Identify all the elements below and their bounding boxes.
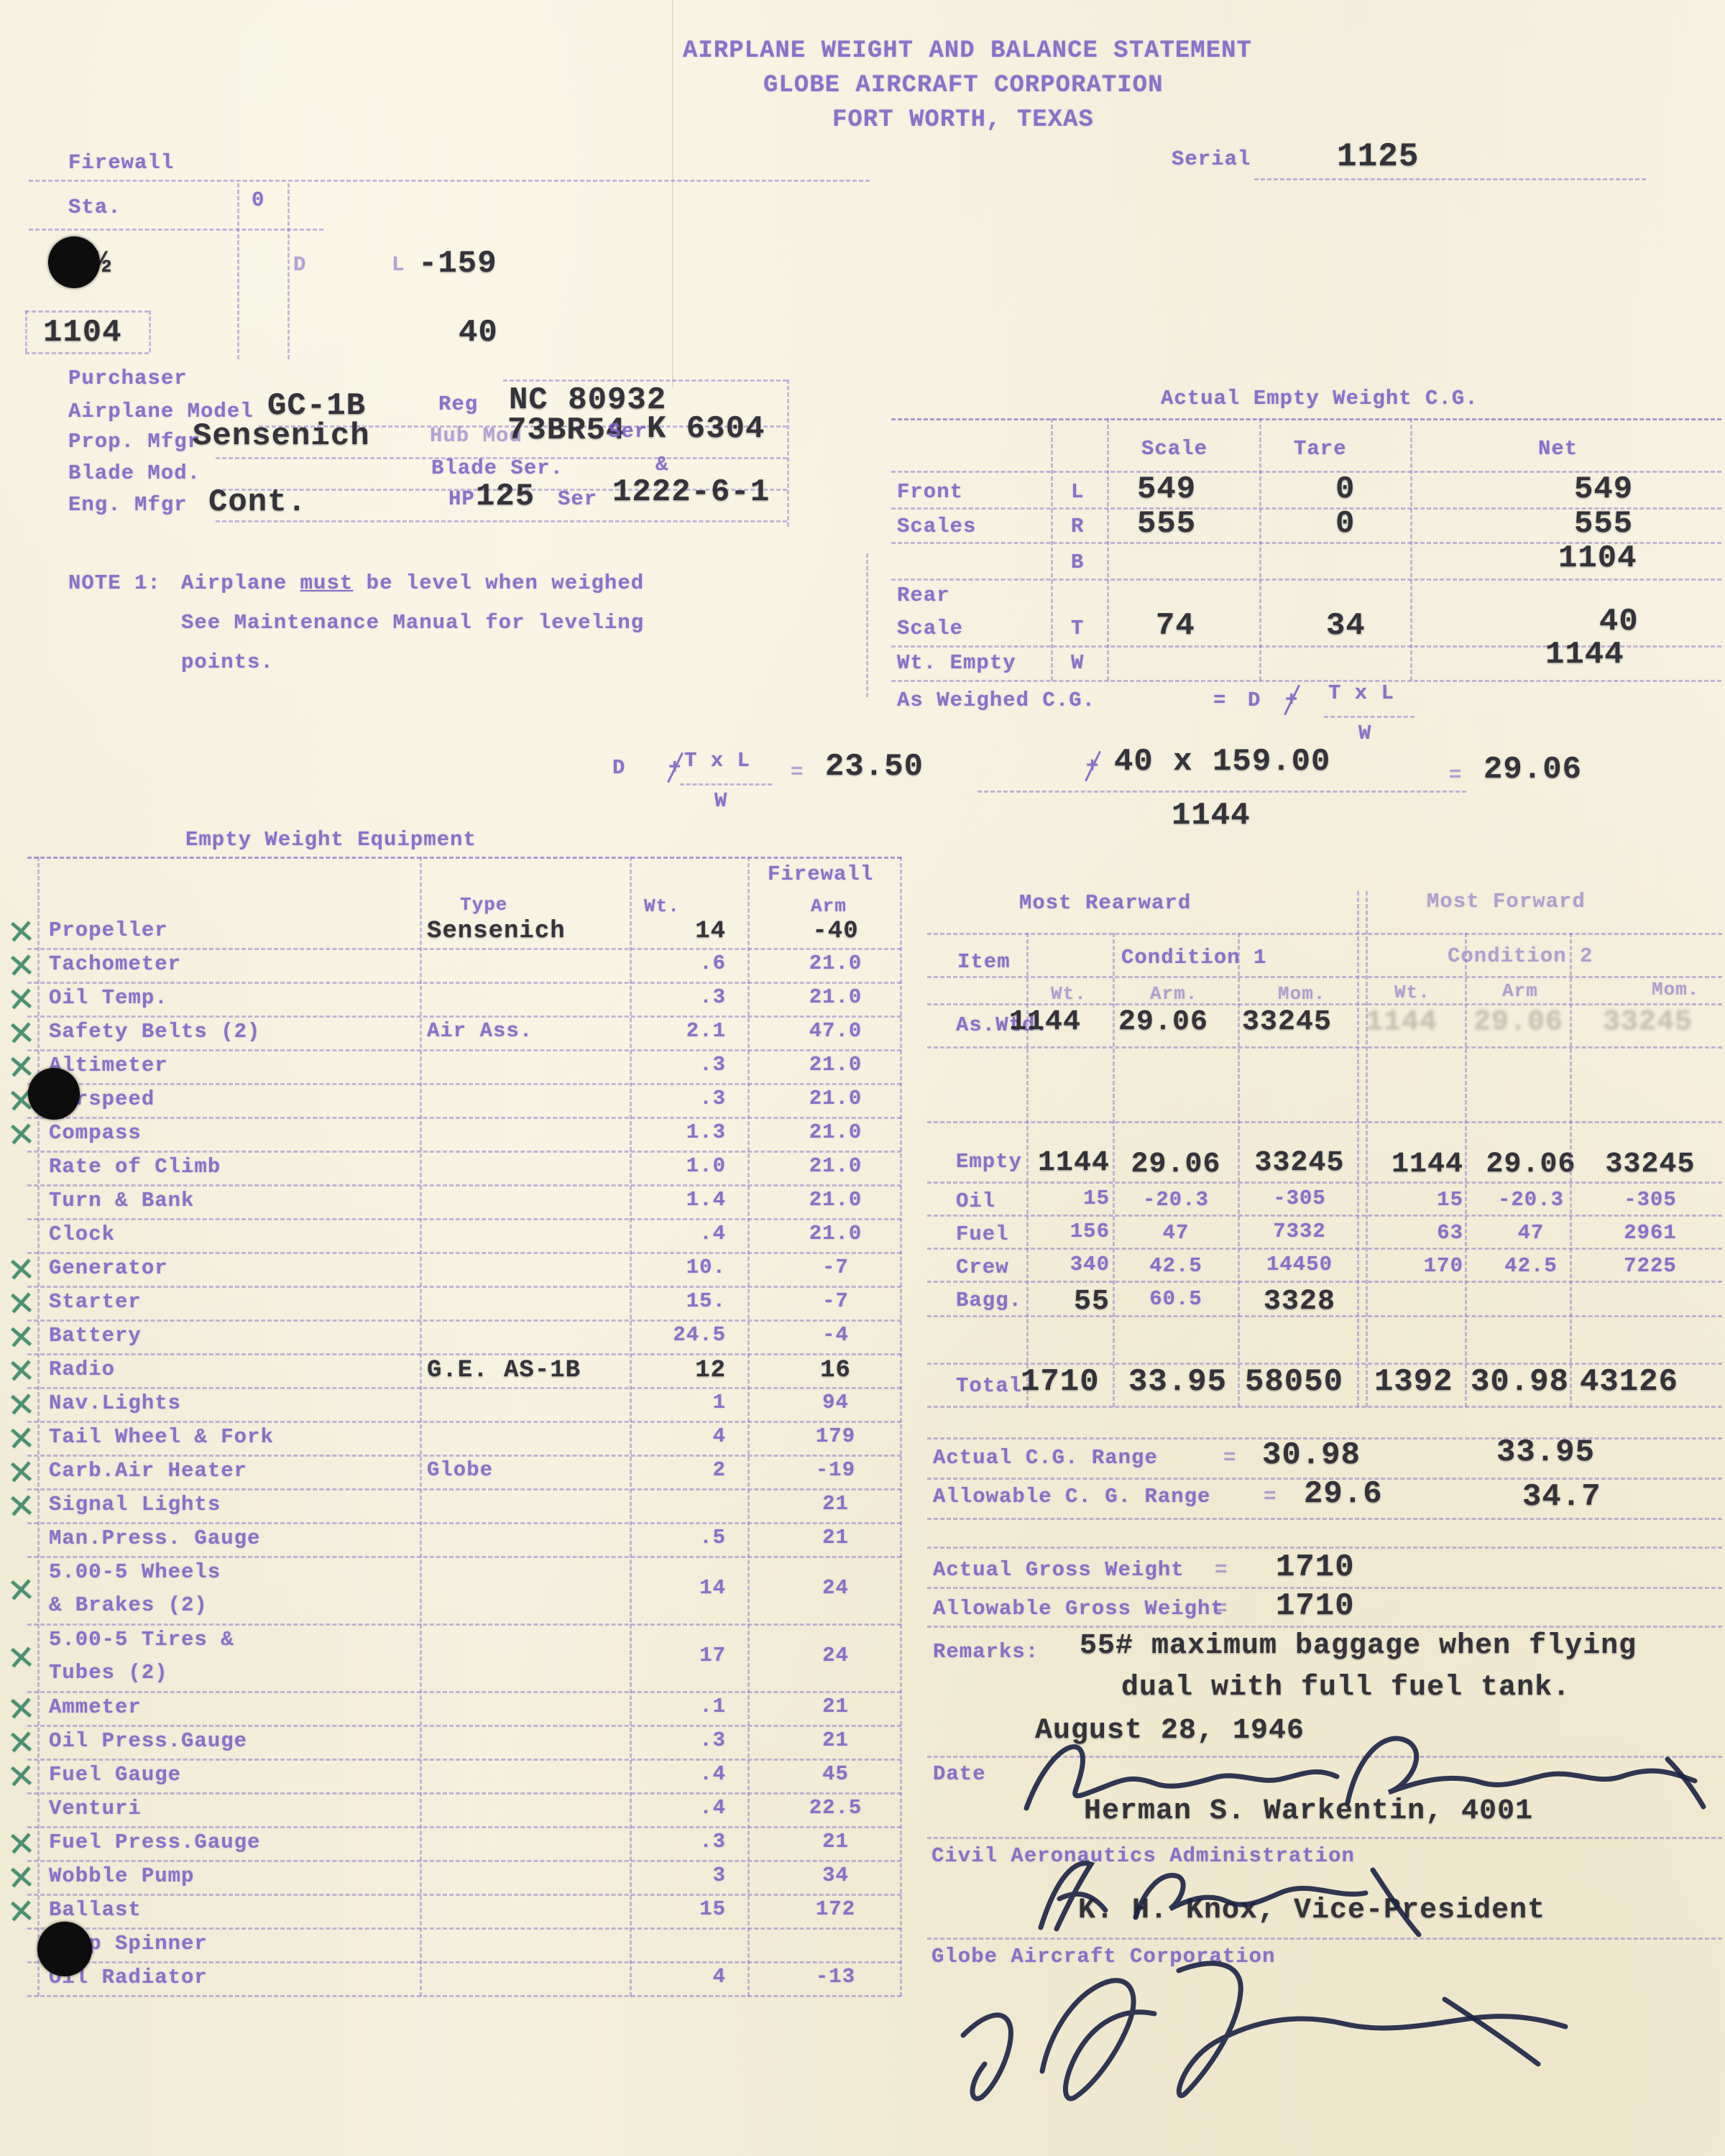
equipment-row: Prop Spinner <box>27 1927 901 1963</box>
eq: = <box>1264 1485 1276 1508</box>
key-R: R <box>1071 515 1084 538</box>
blade-ser-label: Blade Ser. <box>431 456 563 480</box>
equipment-row: ✕Airspeed.321.0 <box>27 1083 901 1119</box>
equipment-weight: 15 <box>625 1897 726 1921</box>
hub-ser-value: K 6304 <box>647 411 765 447</box>
date-label: Date <box>933 1762 986 1786</box>
equipment-arm: 21 <box>769 1695 902 1718</box>
equipment-item-name: 5.00-5 Tires & <box>49 1628 234 1651</box>
form-title-line1: AIRPLANE WEIGHT AND BALANCE STATEMENT <box>683 37 1252 65</box>
equipment-row: ✕PropellerSensenich14-40 <box>27 914 901 950</box>
as-wtd-w2: 1144 <box>1366 1006 1437 1038</box>
key-B: B <box>1071 550 1084 574</box>
formula-d: D <box>612 756 625 780</box>
reg-label: Reg <box>438 392 478 416</box>
equipment-arm: 179 <box>769 1424 902 1448</box>
equipment-row: Turn & Bank1.421.0 <box>27 1184 901 1220</box>
equipment-item-name-line2: Tubes (2) <box>49 1661 168 1685</box>
equipment-arm: -13 <box>769 1965 902 1989</box>
equipment-weight: .4 <box>625 1222 726 1245</box>
formula-num: T x L <box>684 749 750 773</box>
equipment-weight: 10. <box>625 1256 726 1279</box>
equipment-col-firewall: Firewall <box>768 862 873 886</box>
weighing-title: Actual Empty Weight C.G. <box>1161 387 1478 410</box>
loading-wt-2: 15 <box>1370 1188 1463 1212</box>
equipment-weight: 1.3 <box>625 1120 726 1144</box>
formula-num-value: 40 x 159.00 <box>1114 744 1330 780</box>
rule <box>787 379 789 527</box>
equipment-type: Sensenich <box>427 918 566 945</box>
form-title-line2: GLOBE AIRCRAFT CORPORATION <box>763 72 1164 99</box>
equipment-weight: 24.5 <box>625 1323 726 1347</box>
loading-wt-2: 170 <box>1370 1254 1463 1278</box>
equipment-weight: 17 <box>625 1644 726 1667</box>
form-title-line3: FORT WORTH, TEXAS <box>832 106 1094 134</box>
equipment-arm: 22.5 <box>769 1796 902 1820</box>
rule <box>927 976 1722 978</box>
green-check-x: ✕ <box>6 1485 37 1527</box>
formula-result: 29.06 <box>1483 752 1582 788</box>
sta-label: Sta. <box>68 195 121 219</box>
sta-zero: 0 <box>252 188 264 212</box>
loading-mom-2: 33245 <box>1586 1148 1715 1181</box>
cond2-arm-label: Arm <box>1502 980 1538 1002</box>
signature-k-h-knox <box>1028 1848 1445 1942</box>
frac-num: T x L <box>1328 681 1394 705</box>
equipment-item-name: Oil Temp. <box>49 986 168 1010</box>
loading-row: Crew34042.51445017042.57225 <box>927 1248 1722 1283</box>
equipment-row: ✕Ballast15172 <box>27 1894 901 1930</box>
rule <box>1259 418 1261 681</box>
rule <box>1051 418 1053 681</box>
note-line1: Airplane must be level when weighed <box>181 571 644 595</box>
equipment-item-name: Oil Press.Gauge <box>49 1729 247 1753</box>
actual-cg-min: 30.98 <box>1262 1437 1361 1473</box>
equipment-item-name: Wobble Pump <box>49 1864 194 1888</box>
d-label: D <box>293 253 306 277</box>
equipment-arm: 34 <box>769 1864 902 1887</box>
as-wtd-m2: 33245 <box>1603 1006 1693 1038</box>
loading-arm-1: -20.3 <box>1118 1188 1233 1212</box>
signature-herman-warkentin <box>1021 1723 1711 1824</box>
green-check-x: ✕ <box>6 1638 37 1680</box>
col-tare: Tare <box>1294 437 1347 461</box>
green-check-x: ✕ <box>6 1114 37 1156</box>
rule <box>927 1626 1722 1628</box>
rule <box>237 183 239 359</box>
equipment-weight: .3 <box>625 1728 726 1752</box>
as-wtd-a2: 29.06 <box>1473 1006 1563 1038</box>
remarks-line1: 55# maximum baggage when flying <box>1080 1630 1637 1662</box>
allowable-gw-label: Allowable Gross Weight <box>933 1597 1224 1621</box>
rule <box>927 1406 1722 1408</box>
rule <box>927 1003 1722 1005</box>
equipment-weight: 1.0 <box>625 1154 726 1178</box>
note-line1-underlined: must <box>300 571 354 595</box>
loading-row: Empty114429.0633245114429.0633245 <box>927 1144 1722 1177</box>
equipment-arm: -19 <box>769 1458 902 1482</box>
hp-label: HP <box>448 487 475 511</box>
equipment-item-name: Nav.Lights <box>49 1391 181 1415</box>
equipment-type: Globe <box>427 1458 493 1482</box>
equipment-row: ✕Oil Press.Gauge.321 <box>27 1725 901 1761</box>
rear-net-value: 40 <box>459 315 498 351</box>
cond1-mom-label: Mom. <box>1278 983 1325 1005</box>
equipment-weight: 12 <box>625 1357 726 1384</box>
equipment-weight: 1 <box>625 1391 726 1414</box>
tare-T: 34 <box>1326 608 1366 644</box>
equipment-weight: 2.1 <box>625 1019 726 1043</box>
total-m2: 43126 <box>1580 1364 1678 1400</box>
equipment-row: ✕Safety Belts (2)Air Ass.2.147.0 <box>27 1015 901 1051</box>
firewall-label: Firewall <box>68 151 174 175</box>
equipment-arm: 24 <box>769 1644 902 1667</box>
rule <box>927 933 1722 935</box>
note-line1-pre: Airplane <box>181 571 300 595</box>
equipment-row: ✕Nav.Lights194 <box>27 1387 901 1423</box>
equipment-row: Man.Press. Gauge.521 <box>27 1522 901 1558</box>
equipment-item-name: Clock <box>49 1222 115 1246</box>
rule <box>1238 933 1240 1407</box>
equipment-item-name: Tail Wheel & Fork <box>49 1425 274 1449</box>
paper-crease <box>672 0 673 388</box>
equipment-arm: 21.0 <box>769 1154 902 1178</box>
equipment-item-name: Signal Lights <box>49 1493 221 1516</box>
actual-gw-label: Actual Gross Weight <box>933 1558 1184 1582</box>
equipment-arm: 94 <box>769 1391 902 1414</box>
equipment-row: ✕Starter15.-7 <box>27 1286 901 1322</box>
as-wtd-w1: 1144 <box>1009 1006 1110 1038</box>
equipment-row: ✕Battery24.5-4 <box>27 1319 901 1355</box>
rule <box>927 1046 1722 1049</box>
loading-wt-2: 1144 <box>1370 1148 1463 1181</box>
equipment-item-name: Battery <box>49 1324 142 1347</box>
allowable-cg-label: Allowable C. G. Range <box>933 1485 1210 1508</box>
equipment-arm: 21.0 <box>769 1087 902 1110</box>
equipment-weight: 4 <box>625 1424 726 1448</box>
equipment-row: ✕Carb.Air HeaterGlobe2-19 <box>27 1455 901 1491</box>
remarks-label: Remarks: <box>933 1640 1039 1664</box>
equipment-arm: 21.0 <box>769 985 902 1009</box>
equipment-weight: 2 <box>625 1458 726 1482</box>
loading-row: Oil15-20.3-30515-20.3-305 <box>927 1181 1722 1217</box>
rule <box>1570 933 1572 1407</box>
equipment-row: Oil Radiator4-13 <box>27 1961 901 1997</box>
loading-arm-1: 60.5 <box>1118 1287 1233 1311</box>
eq: = <box>1215 1597 1228 1621</box>
col-scale: Scale <box>1141 437 1207 461</box>
rule <box>149 310 151 352</box>
equipment-weight: 14 <box>625 918 726 945</box>
purchaser-label: Purchaser <box>68 367 188 390</box>
rule <box>1026 933 1029 1407</box>
equipment-arm: 21.0 <box>769 1188 902 1212</box>
total-m1: 58050 <box>1245 1364 1343 1400</box>
equipment-weight: .3 <box>625 1830 726 1853</box>
equipment-row: ✕Tachometer.621.0 <box>27 948 901 984</box>
loading-item: Oil <box>956 1189 995 1213</box>
actual-gw-value: 1710 <box>1276 1549 1355 1585</box>
as-wtd-a1: 29.06 <box>1118 1006 1208 1038</box>
green-check-x: ✕ <box>6 1891 37 1932</box>
rule <box>25 310 27 352</box>
col-net: Net <box>1538 437 1578 461</box>
plus-slash-symbol: + <box>1285 688 1298 712</box>
equipment-row: ✕Tail Wheel & Fork4179 <box>27 1421 901 1457</box>
key-T: T <box>1071 617 1084 640</box>
equipment-item-name: 5.00-5 Wheels <box>49 1560 221 1584</box>
net-B: 1104 <box>1558 540 1637 576</box>
cond2-mom-label: Mom. <box>1652 979 1699 1000</box>
fraction-bar <box>1324 716 1414 718</box>
equipment-weight: 15. <box>625 1289 726 1313</box>
eng-ser-value: 1222-6-1 <box>612 474 770 510</box>
equipment-type: Air Ass. <box>427 1019 533 1043</box>
equipment-row: ✕Oil Temp..321.0 <box>27 982 901 1018</box>
equipment-weight: 14 <box>625 1576 726 1600</box>
l-label: L <box>392 253 405 277</box>
note-line1-post: be level when weighed <box>353 571 644 595</box>
equipment-arm: -40 <box>769 918 902 945</box>
equipment-item-name: Generator <box>49 1256 168 1280</box>
total-a1: 33.95 <box>1128 1364 1227 1400</box>
note-label: NOTE 1: <box>68 571 161 595</box>
rule <box>29 229 323 231</box>
equipment-weight: .1 <box>625 1695 726 1718</box>
equipment-row: ✕5.00-5 Tires &Tubes (2)1724 <box>27 1623 901 1693</box>
equipment-weight: .3 <box>625 985 726 1009</box>
scale-T: 74 <box>1156 608 1195 644</box>
rule <box>1357 891 1359 1407</box>
equipment-row: ✕Altimeter.321.0 <box>27 1049 901 1085</box>
equipment-weight: .3 <box>625 1087 726 1110</box>
rule <box>866 553 868 697</box>
rule <box>1107 418 1109 681</box>
front-label: Front <box>897 480 963 504</box>
loading-item: Crew <box>956 1256 1009 1279</box>
equipment-item-name: Man.Press. Gauge <box>49 1526 260 1550</box>
rule <box>927 1547 1722 1549</box>
frac-den: W <box>1358 722 1371 745</box>
punch-hole <box>37 1922 92 1976</box>
equipment-arm: 21 <box>769 1728 902 1752</box>
serial-value: 1125 <box>1337 138 1419 175</box>
total-w1: 1710 <box>1021 1364 1100 1400</box>
loading-arm-1: 29.06 <box>1118 1148 1233 1181</box>
rule <box>891 579 1721 581</box>
eng-mfgr-label: Eng. Mfgr <box>68 493 188 517</box>
cond2-wt-label: Wt. <box>1394 982 1430 1003</box>
total-w2: 1392 <box>1374 1364 1453 1400</box>
loading-item-label: Item <box>957 950 1011 974</box>
loading-mom-1: -305 <box>1241 1187 1358 1210</box>
equipment-item-name: Rate of Climb <box>49 1155 221 1179</box>
equipment-item-name-line2: & Brakes (2) <box>49 1593 208 1617</box>
rule <box>1113 933 1115 1407</box>
formula-d-value: 23.50 <box>825 749 924 785</box>
formula-eq1: = <box>791 760 804 784</box>
punch-hole <box>48 236 100 288</box>
rule <box>287 183 290 359</box>
plus-slash-symbol: + <box>668 756 681 780</box>
loading-mom-2: 7225 <box>1586 1254 1715 1278</box>
rule <box>503 379 787 382</box>
rule <box>927 1121 1722 1123</box>
allowable-cg-min: 29.6 <box>1304 1476 1383 1512</box>
loading-arm-1: 47 <box>1118 1221 1233 1245</box>
hub-ser-label: Ser <box>608 420 648 443</box>
as-weighed-eq: = <box>1213 688 1226 712</box>
equipment-item-name: Radio <box>49 1358 115 1381</box>
rule <box>25 352 149 354</box>
loading-mom-2: -305 <box>1586 1188 1715 1212</box>
equipment-arm: 21 <box>769 1526 902 1549</box>
equipment-weight: 1.4 <box>625 1188 726 1212</box>
loading-wt-2: 63 <box>1370 1221 1463 1245</box>
loading-mom-1: 14450 <box>1241 1253 1358 1276</box>
formula-den: W <box>714 789 727 813</box>
note-line3: points. <box>181 650 274 674</box>
equipment-item-name: Venturi <box>49 1797 142 1820</box>
as-wtd-m1: 33245 <box>1242 1006 1332 1038</box>
equipment-weight: 4 <box>625 1965 726 1989</box>
total-a2: 30.98 <box>1471 1364 1569 1400</box>
remarks-line2: dual with full fuel tank. <box>1121 1672 1570 1704</box>
net-L: 549 <box>1574 471 1633 507</box>
equipment-item-name: Fuel Gauge <box>49 1763 181 1787</box>
prop-mfgr-label: Prop. Mfgr <box>68 430 201 453</box>
loading-mom-1: 33245 <box>1241 1147 1358 1179</box>
formula-den-value: 1144 <box>1172 798 1251 834</box>
equipment-row: ✕5.00-5 Wheels& Brakes (2)1424 <box>27 1556 901 1626</box>
equipment-arm: 21.0 <box>769 952 902 975</box>
rule <box>927 1837 1722 1839</box>
actual-cg-max: 33.95 <box>1496 1434 1595 1470</box>
rule <box>1410 418 1412 681</box>
equipment-arm: 16 <box>769 1357 902 1384</box>
rule <box>29 180 870 182</box>
equipment-item-name: Starter <box>49 1290 142 1314</box>
key-L: L <box>1071 480 1084 504</box>
hp-value: 125 <box>476 479 535 515</box>
equipment-arm: 24 <box>769 1576 902 1600</box>
scanned-weight-balance-form: AIRPLANE WEIGHT AND BALANCE STATEMENT GL… <box>0 0 1725 2156</box>
as-weighed-label: As Weighed C.G. <box>897 688 1095 712</box>
equipment-arm: 47.0 <box>769 1019 902 1043</box>
equipment-item-name: Compass <box>49 1121 142 1145</box>
equipment-weight: .4 <box>625 1796 726 1820</box>
equipment-arm: 172 <box>769 1897 902 1921</box>
equipment-row: ✕Wobble Pump334 <box>27 1860 901 1896</box>
cond1-arm-label: Arm. <box>1150 983 1197 1005</box>
punch-hole <box>28 1068 80 1120</box>
loading-row: Bagg.5560.53328 <box>927 1281 1722 1316</box>
key-W: W <box>1071 651 1084 675</box>
equipment-type: G.E. AS-1B <box>427 1357 581 1384</box>
rule <box>1465 933 1467 1407</box>
equipment-item-name: Ammeter <box>49 1695 142 1719</box>
eng-mfgr-value: Cont. <box>208 484 307 520</box>
loading-arm-1: 42.5 <box>1118 1254 1233 1278</box>
equipment-row: ✕RadioG.E. AS-1B1216 <box>27 1353 901 1389</box>
equipment-arm: 21.0 <box>769 1120 902 1144</box>
front-net-value: 1104 <box>43 315 122 351</box>
scales-label: Scales <box>897 515 976 538</box>
rule <box>25 310 149 313</box>
rule <box>927 1315 1722 1317</box>
equipment-title: Empty Weight Equipment <box>185 828 477 852</box>
allowable-gw-value: 1710 <box>1276 1588 1355 1624</box>
equipment-row: ✕Signal Lights21 <box>27 1488 901 1524</box>
rule <box>927 1518 1722 1520</box>
equipment-arm: 21.0 <box>769 1053 902 1077</box>
equipment-weight: .4 <box>625 1762 726 1786</box>
prop-mfgr-value: Sensenich <box>193 418 370 454</box>
green-check-x: ✕ <box>6 1756 37 1797</box>
equipment-item-name: Turn & Bank <box>49 1189 194 1212</box>
serial-underline <box>1254 178 1646 180</box>
equipment-arm: 21 <box>769 1830 902 1853</box>
as-weighed-d: D <box>1248 688 1261 712</box>
equipment-row: ✕Ammeter.121 <box>27 1691 901 1727</box>
total-label: Total <box>956 1374 1022 1398</box>
equipment-weight: .5 <box>625 1526 726 1549</box>
equipment-row: Clock.421.0 <box>27 1218 901 1254</box>
rule <box>891 418 1721 420</box>
rule <box>891 680 1721 682</box>
cond1-wt-label: Wt. <box>1051 983 1087 1005</box>
equipment-arm: 45 <box>769 1762 902 1786</box>
loading-mom-2: 2961 <box>1586 1221 1715 1245</box>
scale-L: 549 <box>1137 471 1196 507</box>
equipment-arm: -4 <box>769 1323 902 1347</box>
equipment-row: ✕Fuel Gauge.445 <box>27 1759 901 1795</box>
rule <box>1366 891 1368 1407</box>
actual-cg-label: Actual C.G. Range <box>933 1446 1158 1470</box>
equipment-row: ✕Fuel Press.Gauge.321 <box>27 1826 901 1862</box>
equipment-item-name: Fuel Press.Gauge <box>49 1830 260 1854</box>
eq: = <box>1215 1558 1228 1582</box>
equipment-weight: .3 <box>625 1053 726 1077</box>
tare-R: 0 <box>1335 506 1355 542</box>
fraction-bar <box>680 783 772 786</box>
loading-mom-1: 3328 <box>1241 1286 1358 1318</box>
eng-ser-label: Ser <box>558 487 597 511</box>
cond1-label: Condition 1 <box>1121 946 1266 969</box>
l-value: -159 <box>418 246 497 282</box>
rule <box>216 520 787 522</box>
forward-title: Most Forward <box>1427 890 1586 913</box>
wt-empty-label: Wt. Empty <box>897 651 1016 675</box>
ampersand: & <box>655 453 668 476</box>
green-check-x: ✕ <box>6 1570 37 1612</box>
equipment-item-name: Ballast <box>49 1898 142 1922</box>
equipment-row: Venturi.422.5 <box>27 1792 901 1828</box>
equipment-weight: .6 <box>625 952 726 975</box>
equipment-item-name: Tachometer <box>49 952 181 976</box>
equipment-arm: 21.0 <box>769 1222 902 1245</box>
equipment-item-name: Propeller <box>49 918 168 942</box>
equipment-arm: -7 <box>769 1289 902 1313</box>
loading-mom-1: 7332 <box>1241 1220 1358 1243</box>
equipment-arm: -7 <box>769 1256 902 1279</box>
blade-mod-label: Blade Mod. <box>68 461 201 485</box>
eq: = <box>1223 1446 1236 1470</box>
net-W: 1144 <box>1545 637 1624 673</box>
equipment-item-name: Carb.Air Heater <box>49 1459 247 1483</box>
equipment-row: Rate of Climb1.021.0 <box>27 1151 901 1187</box>
equipment-row: ✕Compass1.321.0 <box>27 1117 901 1153</box>
